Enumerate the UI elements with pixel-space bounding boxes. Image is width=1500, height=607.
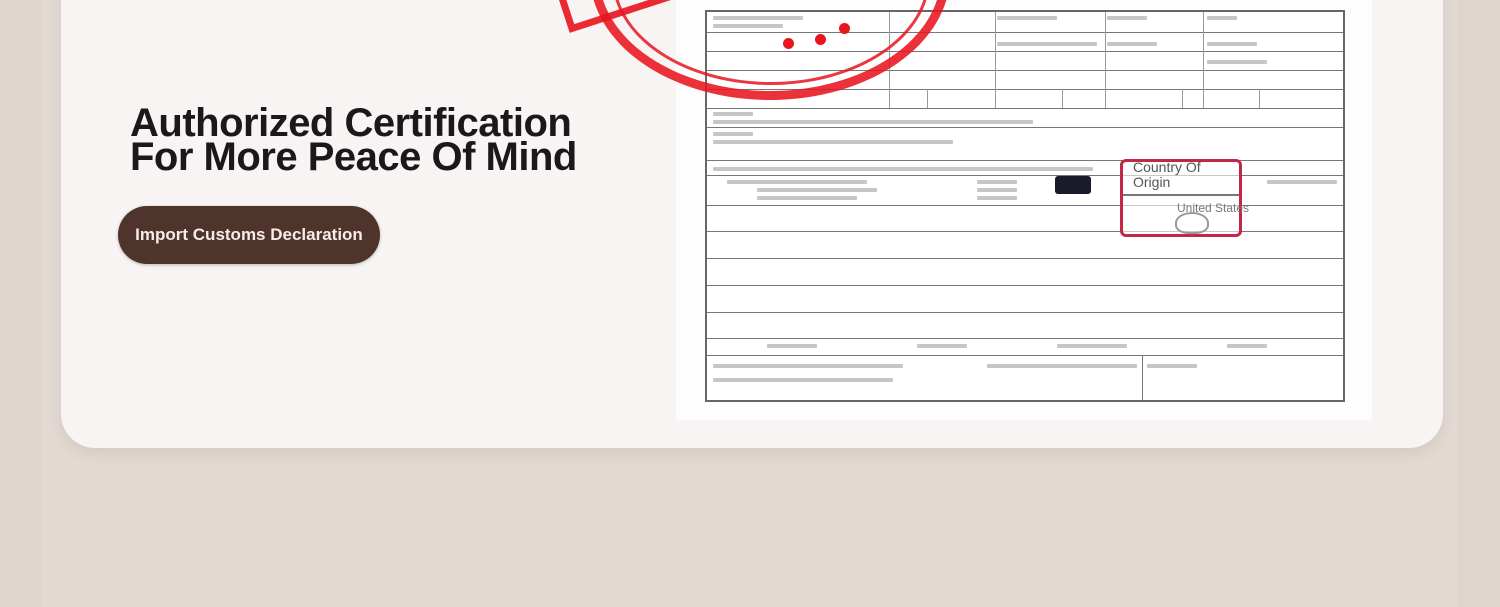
country-of-origin-highlight: Country Of Origin United States (1120, 159, 1242, 237)
country-of-origin-label: Country Of Origin (1133, 160, 1239, 190)
import-customs-declaration-button[interactable]: Import Customs Declaration (118, 206, 380, 264)
page-margin-right (1458, 0, 1500, 607)
usa-emblem-icon (1175, 212, 1209, 234)
page-margin-left (0, 0, 42, 607)
headline-line-2: For More Peace Of Mind (130, 140, 577, 174)
page-title: Authorized Certification For More Peace … (130, 106, 577, 174)
redaction-mark (1055, 176, 1091, 194)
